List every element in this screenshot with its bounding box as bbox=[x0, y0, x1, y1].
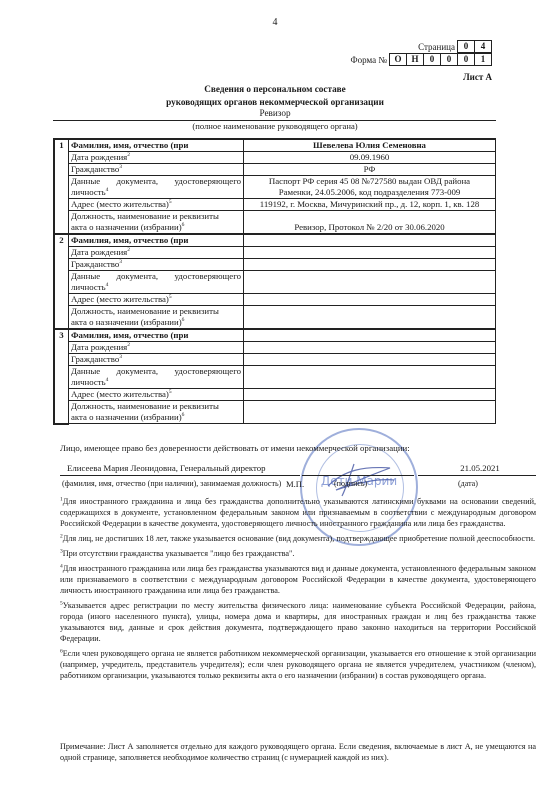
value-birth bbox=[244, 247, 496, 259]
signer-name: Елисеева Мария Леонидовна, Генеральный д… bbox=[67, 463, 266, 473]
value-document bbox=[244, 366, 496, 389]
page-label: Страница bbox=[418, 42, 455, 52]
label-document: Данные документа, удостоверяющеголичност… bbox=[69, 366, 244, 389]
label-document: Данные документа, удостоверяющеголичност… bbox=[69, 176, 244, 199]
value-fio bbox=[244, 234, 496, 247]
form-digit: О bbox=[389, 53, 407, 66]
label-position: Должность, наименование и реквизитыакта … bbox=[69, 306, 244, 330]
label-citizenship: Гражданство3 bbox=[69, 354, 244, 366]
label-birth: Дата рождения2 bbox=[69, 247, 244, 259]
label-position: Должность, наименование и реквизитыакта … bbox=[69, 401, 244, 424]
value-fio: Шевелева Юлия Семеновна bbox=[244, 139, 496, 152]
footnote-6: 6Если член руководящего органа не являет… bbox=[60, 648, 536, 681]
label-position: Должность, наименование и реквизитыакта … bbox=[69, 211, 244, 235]
footnote-3: 3При отсутствии гражданства указывается … bbox=[60, 548, 536, 559]
page-digit: 0 bbox=[457, 40, 475, 53]
footnote-1: 1Для иностранного гражданина и лица без … bbox=[60, 496, 536, 529]
value-document: Паспорт РФ серия 45 08 №727580 выдан ОВД… bbox=[244, 176, 496, 199]
signature-underline bbox=[302, 475, 414, 476]
label-document: Данные документа, удостоверяющеголичност… bbox=[69, 271, 244, 294]
footnotes: 1Для иностранного гражданина и лица без … bbox=[60, 496, 536, 685]
sheet-label: Лист А bbox=[463, 72, 492, 82]
label-fio: Фамилия, имя, отчество (при bbox=[69, 329, 244, 342]
signer-intro: Лицо, имеющее право без доверенности дей… bbox=[60, 443, 410, 453]
caption-signature: (подпись) bbox=[334, 479, 367, 488]
value-birth bbox=[244, 342, 496, 354]
members-table: 1 Фамилия, имя, отчество (при Шевелева Ю… bbox=[53, 138, 496, 425]
caption-signer: (фамилия, имя, отчество (при наличии), з… bbox=[62, 479, 281, 488]
value-citizenship bbox=[244, 259, 496, 271]
label-birth: Дата рождения2 bbox=[69, 342, 244, 354]
value-citizenship bbox=[244, 354, 496, 366]
label-fio: Фамилия, имя, отчество (при bbox=[69, 234, 244, 247]
form-digit: 1 bbox=[474, 53, 492, 66]
form-digit: 0 bbox=[457, 53, 475, 66]
member-number: 1 bbox=[54, 139, 69, 234]
label-citizenship: Гражданство3 bbox=[69, 164, 244, 176]
date-underline bbox=[418, 475, 536, 476]
value-birth: 09.09.1960 bbox=[244, 152, 496, 164]
note: Примечание: Лист А заполняется отдельно … bbox=[60, 741, 536, 763]
value-position bbox=[244, 306, 496, 330]
footnote-2: 2Для лиц, не достигших 18 лет, также ука… bbox=[60, 533, 536, 544]
value-address: 119192, г. Москва, Мичуринский пр., д. 1… bbox=[244, 199, 496, 211]
form-code: Форма №ОН0001 bbox=[351, 53, 492, 66]
value-document bbox=[244, 271, 496, 294]
form-digit: 0 bbox=[423, 53, 441, 66]
footnote-4: 4Для иностранного гражданина или лица бе… bbox=[60, 563, 536, 596]
label-address: Адрес (место жительства)5 bbox=[69, 389, 244, 401]
page-number: 4 bbox=[0, 17, 550, 28]
label-address: Адрес (место жительства)5 bbox=[69, 294, 244, 306]
value-position: Ревизор, Протокол № 2/20 от 30.06.2020 bbox=[244, 211, 496, 235]
member-number: 3 bbox=[54, 329, 69, 424]
stamp-place-mp: М.П. bbox=[286, 479, 304, 489]
page-code: Страница04 bbox=[418, 40, 492, 53]
organ-name: Ревизор bbox=[0, 108, 550, 118]
value-address bbox=[244, 294, 496, 306]
value-fio bbox=[244, 329, 496, 342]
form-label: Форма № bbox=[351, 55, 387, 65]
member-number: 2 bbox=[54, 234, 69, 329]
doc-title-line1: Сведения о персональном составе bbox=[0, 83, 550, 96]
form-digit: 0 bbox=[440, 53, 458, 66]
form-digit: Н bbox=[406, 53, 424, 66]
signer-underline bbox=[60, 475, 300, 476]
label-address: Адрес (место жительства)5 bbox=[69, 199, 244, 211]
value-position bbox=[244, 401, 496, 424]
caption-date: (дата) bbox=[458, 479, 478, 488]
label-birth: Дата рождения2 bbox=[69, 152, 244, 164]
organ-hint: (полное наименование руководящего органа… bbox=[0, 121, 550, 131]
value-citizenship: РФ bbox=[244, 164, 496, 176]
footnote-5: 5Указывается адрес регистрации по месту … bbox=[60, 600, 536, 644]
sign-date: 21.05.2021 bbox=[430, 463, 530, 473]
page-digit: 4 bbox=[474, 40, 492, 53]
label-citizenship: Гражданство3 bbox=[69, 259, 244, 271]
label-fio: Фамилия, имя, отчество (при bbox=[69, 139, 244, 152]
value-address bbox=[244, 389, 496, 401]
